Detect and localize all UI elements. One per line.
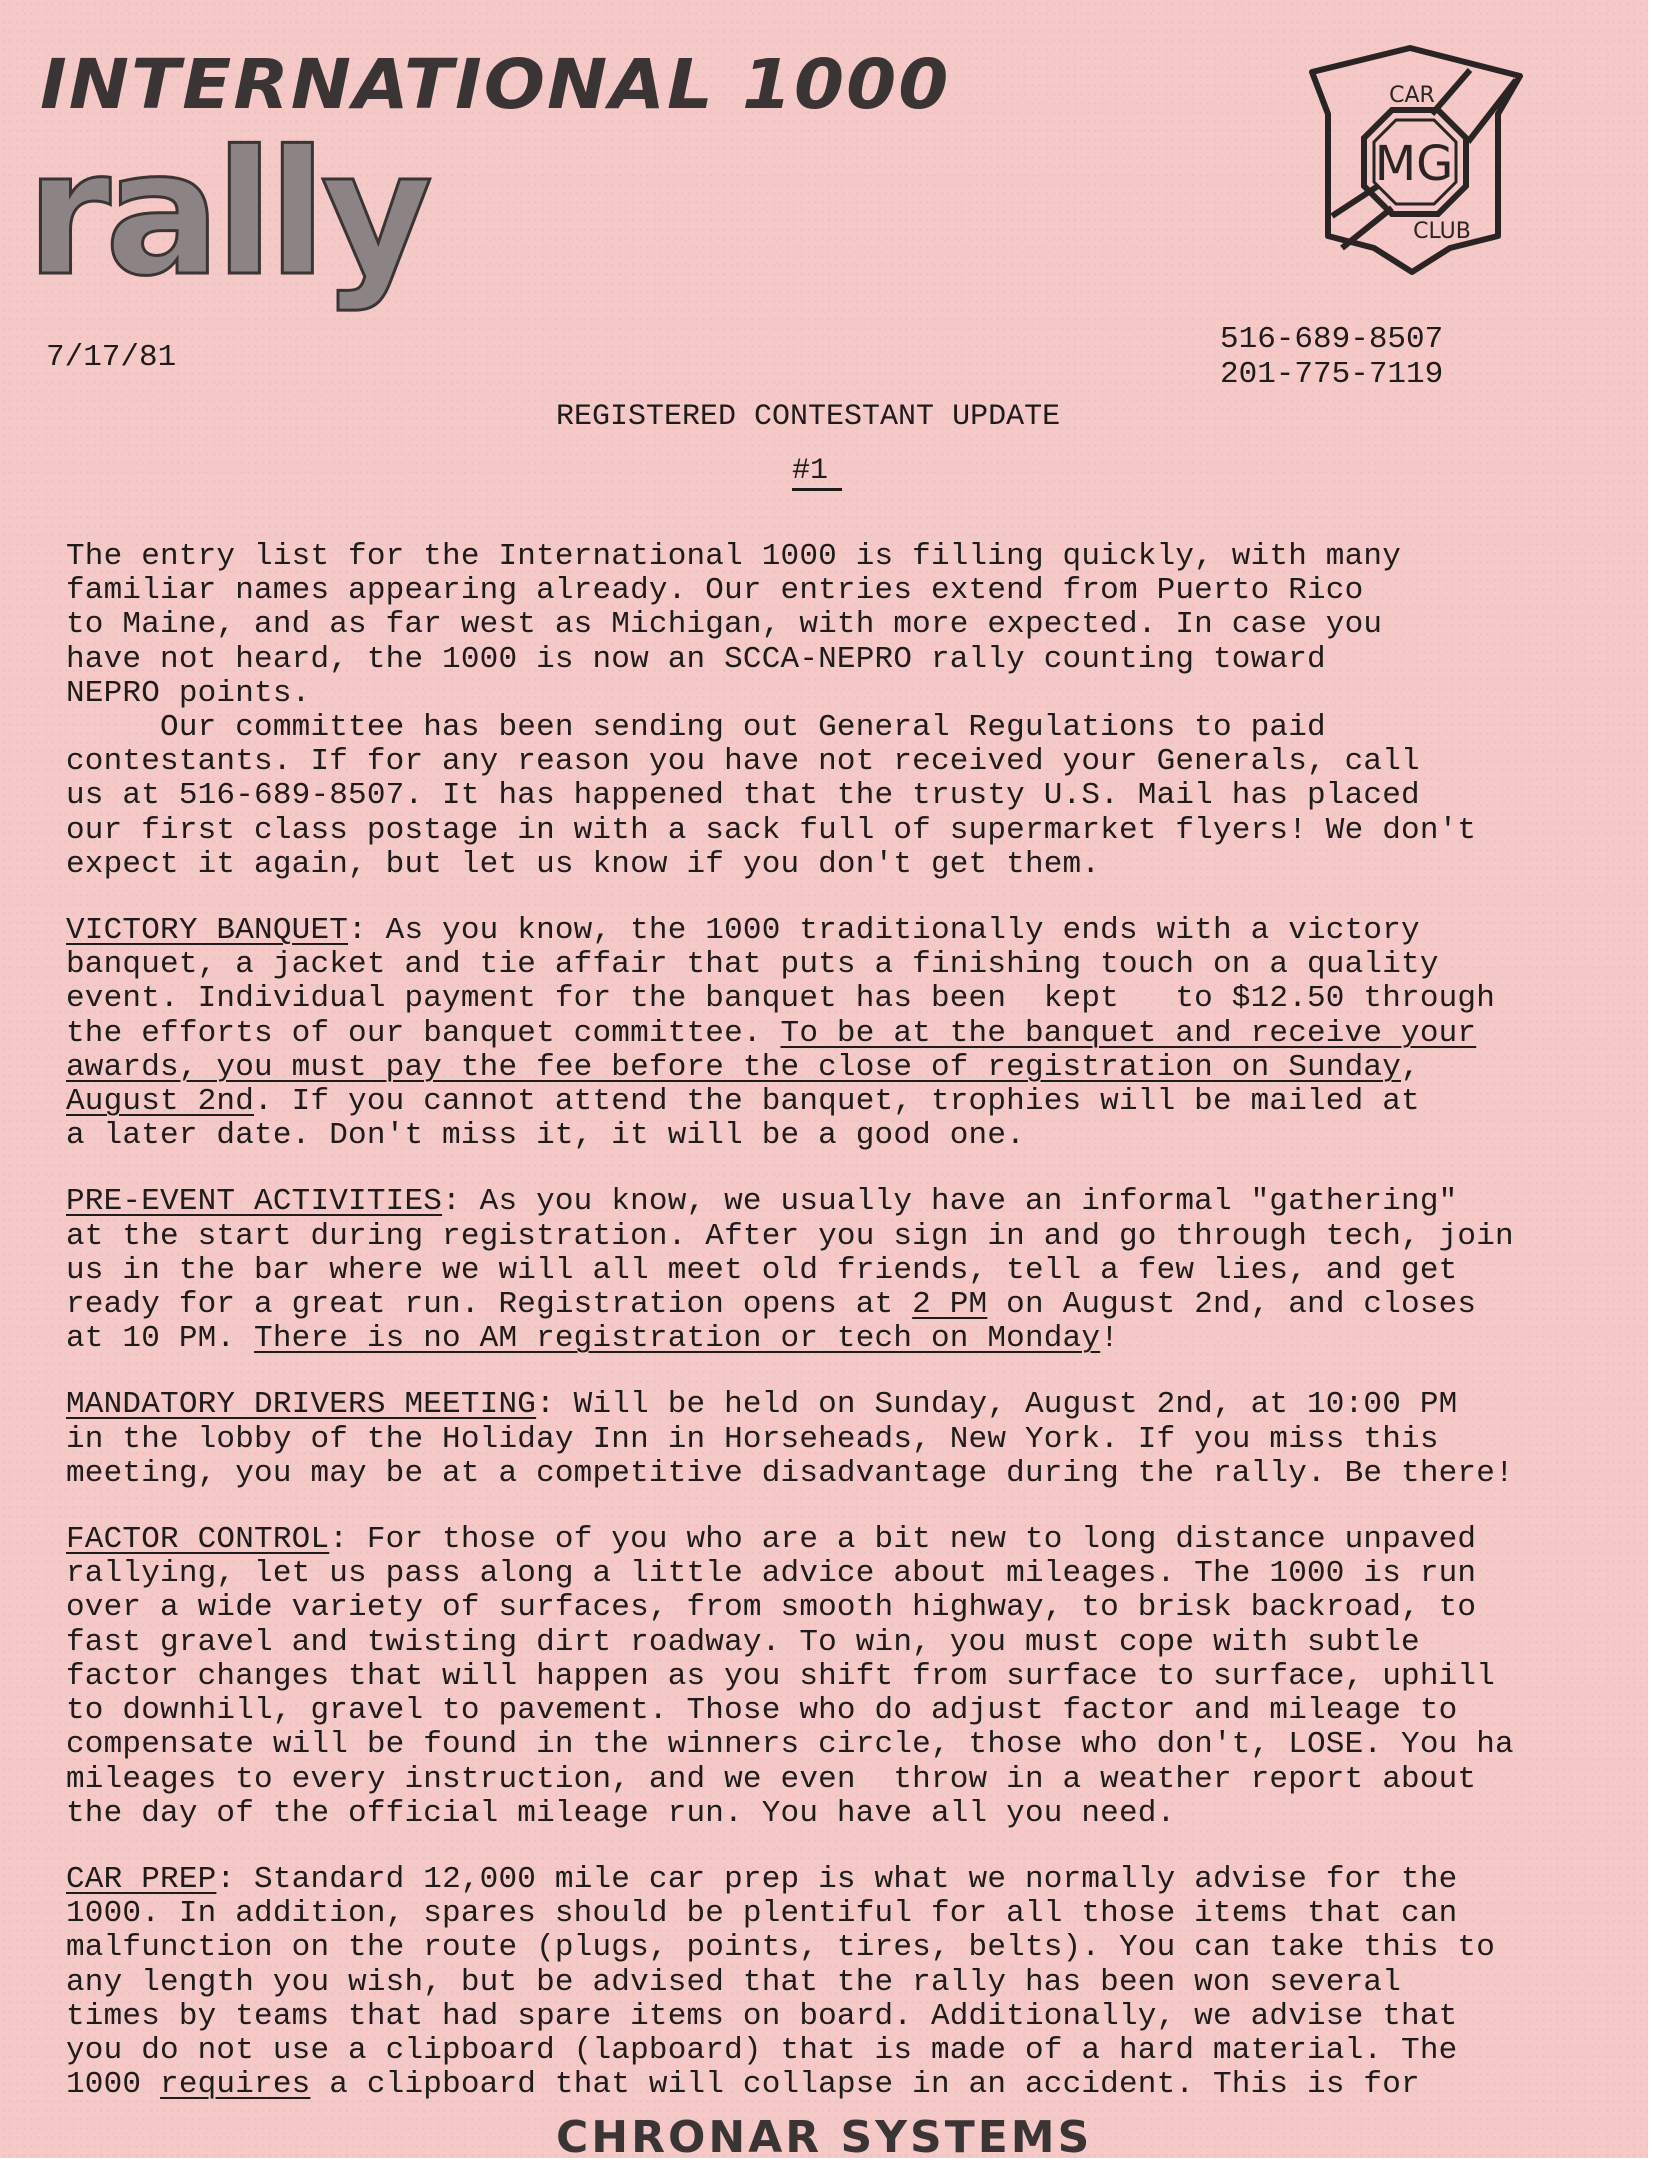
underlined-text: requires bbox=[160, 2067, 310, 2102]
text-segment: : For those of you who are a bit new to … bbox=[329, 1522, 1476, 1557]
text-line: FACTOR CONTROL: For those of you who are… bbox=[66, 1523, 1648, 1557]
text-segment: a clipboard that will collapse in an acc… bbox=[310, 2067, 1419, 2102]
subhead-rally: rally bbox=[26, 128, 427, 300]
text-line: to downhill, gravel to pavement. Those w… bbox=[66, 1694, 1648, 1728]
text-segment: rallying, let us pass along a little adv… bbox=[66, 1556, 1476, 1591]
text-segment: meeting, you may be at a competitive dis… bbox=[66, 1456, 1514, 1491]
text-line: Our committee has been sending out Gener… bbox=[66, 711, 1648, 745]
text-line: at the start during registration. After … bbox=[66, 1220, 1648, 1254]
text-segment: ! bbox=[1100, 1321, 1119, 1356]
text-line: contestants. If for any reason you have … bbox=[66, 745, 1648, 779]
underlined-text: awards, you must pay the fee before the … bbox=[66, 1050, 1401, 1085]
text-line: MANDATORY DRIVERS MEETING: Will be held … bbox=[66, 1388, 1648, 1422]
text-line: the efforts of our banquet committee. To… bbox=[66, 1017, 1648, 1051]
text-segment: to Maine, and as far west as Michigan, w… bbox=[66, 607, 1382, 642]
text-segment: the efforts of our banquet committee. bbox=[66, 1016, 781, 1051]
text-segment: familiar names appearing already. Our en… bbox=[66, 573, 1363, 608]
text-line: 1000 requires a clipboard that will coll… bbox=[66, 2068, 1648, 2102]
section-factor-control: FACTOR CONTROL: For those of you who are… bbox=[66, 1523, 1648, 1831]
sponsor-footer: CHRONAR SYSTEMS bbox=[556, 2116, 1092, 2158]
text-line: VICTORY BANQUET: As you know, the 1000 t… bbox=[66, 914, 1648, 948]
text-segment: our first class postage in with a sack f… bbox=[66, 813, 1476, 848]
text-segment: The entry list for the International 100… bbox=[66, 539, 1401, 574]
document-page: INTERNATIONAL 1000 rally CAR MG CLUB 7/1… bbox=[0, 0, 1648, 2158]
section-mandatory-drivers-meeting: MANDATORY DRIVERS MEETING: Will be held … bbox=[66, 1388, 1648, 1491]
text-segment: banquet, a jacket and tie affair that pu… bbox=[66, 947, 1439, 982]
text-line: banquet, a jacket and tie affair that pu… bbox=[66, 948, 1648, 982]
text-line: event. Individual payment for the banque… bbox=[66, 982, 1648, 1016]
text-segment: on August 2nd, and closes bbox=[987, 1287, 1476, 1322]
issue-number: #1 bbox=[792, 454, 842, 491]
logo-center-text: MG bbox=[1375, 136, 1454, 192]
mg-car-club-shield-icon: CAR MG CLUB bbox=[1292, 40, 1532, 280]
phone-number: 201-775-7119 bbox=[1220, 357, 1443, 392]
underlined-text: 2 PM bbox=[912, 1287, 987, 1322]
text-line: the day of the official mileage run. You… bbox=[66, 1797, 1648, 1831]
text-line: fast gravel and twisting dirt roadway. T… bbox=[66, 1626, 1648, 1660]
text-segment: 1000. In addition, spares should be plen… bbox=[66, 1896, 1457, 1931]
text-line: malfunction on the route (plugs, points,… bbox=[66, 1931, 1648, 1965]
text-segment: factor changes that will happen as you s… bbox=[66, 1659, 1495, 1694]
text-line: awards, you must pay the fee before the … bbox=[66, 1051, 1648, 1085]
text-segment: mileages to every instruction, and we ev… bbox=[66, 1762, 1476, 1797]
section-car-prep: CAR PREP: Standard 12,000 mile car prep … bbox=[66, 1863, 1648, 2102]
contact-phones: 516-689-8507 201-775-7119 bbox=[1220, 322, 1443, 392]
section-victory-banquet: VICTORY BANQUET: As you know, the 1000 t… bbox=[66, 914, 1648, 1153]
text-line: factor changes that will happen as you s… bbox=[66, 1660, 1648, 1694]
text-segment: times by teams that had spare items on b… bbox=[66, 1999, 1457, 2034]
text-segment: us in the bar where we will all meet old… bbox=[66, 1253, 1457, 1288]
phone-number: 516-689-8507 bbox=[1220, 322, 1443, 357]
logo-top-text: CAR bbox=[1389, 83, 1435, 108]
text-segment: : As you know, we usually have an inform… bbox=[442, 1184, 1457, 1219]
text-segment: at the start during registration. After … bbox=[66, 1219, 1514, 1254]
text-segment: NEPRO points. bbox=[66, 676, 310, 711]
text-line: our first class postage in with a sack f… bbox=[66, 814, 1648, 848]
underlined-text: VICTORY BANQUET bbox=[66, 913, 348, 948]
text-segment: : As you know, the 1000 traditionally en… bbox=[348, 913, 1420, 948]
text-line: compensate will be found in the winners … bbox=[66, 1728, 1648, 1762]
text-line: any length you wish, but be advised that… bbox=[66, 1966, 1648, 2000]
text-segment: fast gravel and twisting dirt roadway. T… bbox=[66, 1625, 1420, 1660]
text-segment: the day of the official mileage run. You… bbox=[66, 1796, 1175, 1831]
text-line: us in the bar where we will all meet old… bbox=[66, 1254, 1648, 1288]
text-segment: ready for a great run. Registration open… bbox=[66, 1287, 912, 1322]
document-title: REGISTERED CONTESTANT UPDATE bbox=[556, 400, 1060, 434]
text-segment: us at 516-689-8507. It has happened that… bbox=[66, 778, 1420, 813]
text-line: mileages to every instruction, and we ev… bbox=[66, 1763, 1648, 1797]
text-segment: Our committee has been sending out Gener… bbox=[66, 710, 1326, 745]
text-line: rallying, let us pass along a little adv… bbox=[66, 1557, 1648, 1591]
section-intro: The entry list for the International 100… bbox=[66, 540, 1648, 882]
text-line: times by teams that had spare items on b… bbox=[66, 2000, 1648, 2034]
document-body: The entry list for the International 100… bbox=[66, 540, 1648, 2134]
text-line: at 10 PM. There is no AM registration or… bbox=[66, 1322, 1648, 1356]
text-line: have not heard, the 1000 is now an SCCA-… bbox=[66, 643, 1648, 677]
text-segment: contestants. If for any reason you have … bbox=[66, 744, 1420, 779]
text-segment: to downhill, gravel to pavement. Those w… bbox=[66, 1693, 1457, 1728]
text-line: to Maine, and as far west as Michigan, w… bbox=[66, 608, 1648, 642]
text-line: meeting, you may be at a competitive dis… bbox=[66, 1457, 1648, 1491]
text-line: us at 516-689-8507. It has happened that… bbox=[66, 779, 1648, 813]
logo-bottom-text: CLUB bbox=[1413, 219, 1471, 244]
text-line: expect it again, but let us know if you … bbox=[66, 848, 1648, 882]
text-segment: 1000 bbox=[66, 2067, 160, 2102]
text-line: The entry list for the International 100… bbox=[66, 540, 1648, 574]
text-line: a later date. Don't miss it, it will be … bbox=[66, 1119, 1648, 1153]
text-line: ready for a great run. Registration open… bbox=[66, 1288, 1648, 1322]
text-segment: you do not use a clipboard (lapboard) th… bbox=[66, 2033, 1457, 2068]
text-segment: have not heard, the 1000 is now an SCCA-… bbox=[66, 642, 1326, 677]
underlined-text: There is no AM registration or tech on M… bbox=[254, 1321, 1100, 1356]
text-segment: malfunction on the route (plugs, points,… bbox=[66, 1930, 1495, 1965]
text-line: familiar names appearing already. Our en… bbox=[66, 574, 1648, 608]
underlined-text: To be at the banquet and receive your bbox=[781, 1016, 1477, 1051]
text-segment: any length you wish, but be advised that… bbox=[66, 1965, 1401, 2000]
section-pre-event-activities: PRE-EVENT ACTIVITIES: As you know, we us… bbox=[66, 1185, 1648, 1356]
text-segment: expect it again, but let us know if you … bbox=[66, 847, 1100, 882]
text-line: PRE-EVENT ACTIVITIES: As you know, we us… bbox=[66, 1185, 1648, 1219]
text-line: 1000. In addition, spares should be plen… bbox=[66, 1897, 1648, 1931]
text-line: you do not use a clipboard (lapboard) th… bbox=[66, 2034, 1648, 2068]
text-segment: a later date. Don't miss it, it will be … bbox=[66, 1118, 1025, 1153]
text-segment: over a wide variety of surfaces, from sm… bbox=[66, 1590, 1476, 1625]
text-line: over a wide variety of surfaces, from sm… bbox=[66, 1591, 1648, 1625]
headline: INTERNATIONAL 1000 bbox=[40, 44, 950, 124]
text-segment: event. Individual payment for the banque… bbox=[66, 981, 1495, 1016]
text-line: NEPRO points. bbox=[66, 677, 1648, 711]
text-line: August 2nd. If you cannot attend the ban… bbox=[66, 1085, 1648, 1119]
text-segment: at 10 PM. bbox=[66, 1321, 254, 1356]
underlined-text: CAR PREP bbox=[66, 1862, 216, 1897]
document-date: 7/17/81 bbox=[46, 340, 176, 375]
text-segment: compensate will be found in the winners … bbox=[66, 1727, 1514, 1762]
text-segment: : Will be held on Sunday, August 2nd, at… bbox=[536, 1387, 1457, 1422]
text-segment: . If you cannot attend the banquet, trop… bbox=[254, 1084, 1420, 1119]
text-segment: , bbox=[1401, 1050, 1420, 1085]
text-segment: in the lobby of the Holiday Inn in Horse… bbox=[66, 1422, 1439, 1457]
text-segment: : Standard 12,000 mile car prep is what … bbox=[216, 1862, 1457, 1897]
text-line: CAR PREP: Standard 12,000 mile car prep … bbox=[66, 1863, 1648, 1897]
text-line: in the lobby of the Holiday Inn in Horse… bbox=[66, 1423, 1648, 1457]
underlined-text: August 2nd bbox=[66, 1084, 254, 1119]
underlined-text: FACTOR CONTROL bbox=[66, 1522, 329, 1557]
underlined-text: PRE-EVENT ACTIVITIES bbox=[66, 1184, 442, 1219]
underlined-text: MANDATORY DRIVERS MEETING bbox=[66, 1387, 536, 1422]
